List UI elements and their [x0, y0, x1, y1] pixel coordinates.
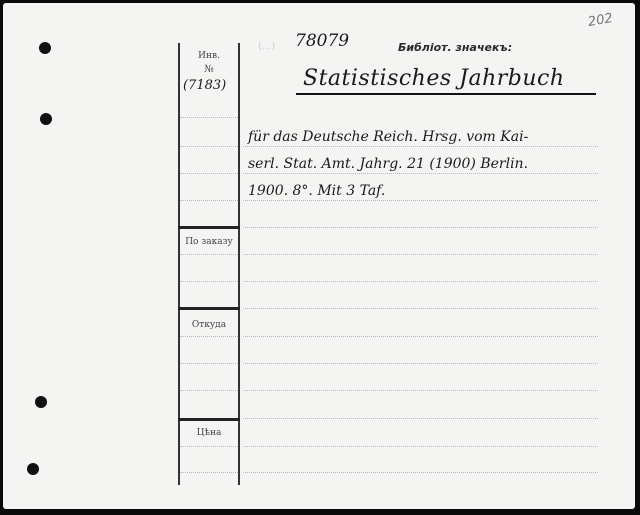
corner-pencil-note: 202: [587, 11, 614, 30]
punch-hole-bottom: [27, 463, 39, 475]
main-rule: [243, 418, 598, 419]
section-label-order: По заказу: [179, 237, 239, 247]
main-rule: [243, 254, 598, 255]
faded-stamp: (...): [258, 41, 275, 52]
left-rule: [180, 281, 238, 282]
accession-number: 78079: [295, 31, 349, 51]
inventory-label: Инв.: [179, 51, 239, 61]
section-separator-3: [178, 418, 240, 421]
left-rule: [180, 117, 238, 118]
main-rule: [243, 446, 598, 447]
inventory-number-sign: №: [179, 64, 239, 75]
description-line-3: 1900. 8°. Mit 3 Taf.: [248, 183, 385, 199]
main-rule: [243, 336, 598, 337]
punch-hole-lower-mid: [35, 396, 47, 408]
main-rule: [243, 173, 598, 174]
left-rule: [180, 390, 238, 391]
title-underline: [296, 93, 596, 95]
main-rule: [243, 308, 598, 309]
main-rule: [243, 146, 598, 147]
main-rule: [243, 227, 598, 228]
left-rule: [180, 363, 238, 364]
left-rule: [180, 472, 238, 473]
punch-hole-top: [39, 42, 51, 54]
section-separator-2: [178, 307, 240, 310]
main-rule: [243, 390, 598, 391]
left-rule: [180, 173, 238, 174]
main-rule: [243, 200, 598, 201]
inventory-value: (7183): [183, 78, 226, 93]
left-rule: [180, 336, 238, 337]
description-line-1: für das Deutsche Reich. Hrsg. vom Kai-: [248, 129, 528, 145]
left-rule: [180, 254, 238, 255]
catalog-card: 202 Инв. № (7183) По заказу Откуда Цѣна …: [3, 3, 635, 509]
main-rule: [243, 472, 598, 473]
section-separator-1: [178, 226, 240, 229]
main-rule: [243, 363, 598, 364]
left-rule: [180, 446, 238, 447]
library-mark-label: Библіот. значекъ:: [398, 41, 512, 54]
description-line-2: serl. Stat. Amt. Jahrg. 21 (1900) Berlin…: [248, 156, 528, 172]
left-rule: [180, 146, 238, 147]
section-label-price: Цѣна: [179, 428, 239, 438]
main-rule: [243, 281, 598, 282]
punch-hole-upper-mid: [40, 113, 52, 125]
book-title: Statistisches Jahrbuch: [303, 66, 565, 91]
left-rule: [180, 200, 238, 201]
section-label-source: Откуда: [179, 320, 239, 330]
